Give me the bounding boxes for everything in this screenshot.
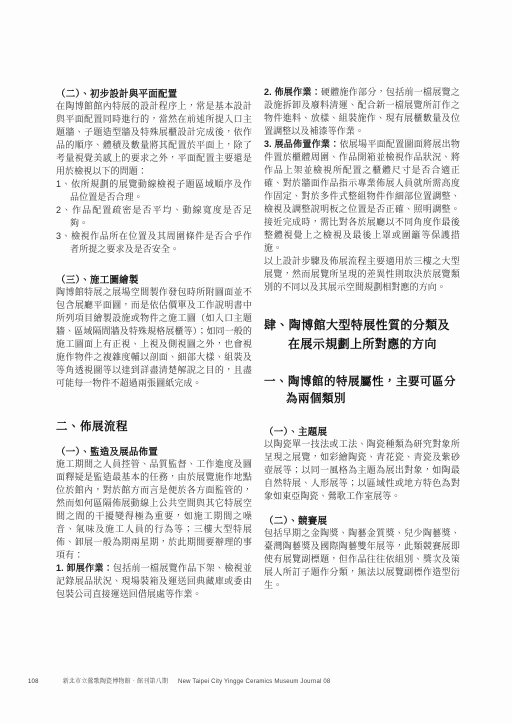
right-column: 2. 佈展作業：硬體施作部分，包括前一檔展覽之設施拆卸及廢料清運、配合新一檔展覽…	[264, 86, 460, 592]
checklist: 1、依所規劃的展覽動線檢視子題區域順序及作品位置是否合理。 2、作品配置疏密是否…	[56, 178, 252, 256]
checklist-item: 3、檢視作品所在位置及其周圍條件是否合乎作者所提之要求及是否安全。	[56, 230, 252, 256]
footer-page-number: 108	[28, 679, 39, 685]
paragraph-step1: 1. 卸展作業：包括前一檔展覽作品下架、檢視並記錄展品狀況、現場裝箱及運送回典藏…	[56, 562, 252, 601]
heading-theme-exhibition: （一）、主題展	[264, 424, 460, 438]
paragraph-construction-drawing: 陶博館特展之展場空間製作發包時所附圖面並不包含展廳平面圖，而是依估價單及工作說明…	[56, 286, 252, 390]
heading-section-4: 肆、陶博館大型特展性質的分類及在展示規劃上所對應的方向	[264, 316, 460, 354]
paragraph-theme-exhibition: 以陶瓷單一技法或工法、陶瓷種類為研究對象所呈現之展覽，如彩繪陶瓷、青花瓷、青瓷及…	[264, 438, 460, 503]
paragraph-step2: 2. 佈展作業：硬體施作部分，包括前一檔展覽之設施拆卸及廢料清運、配合新一檔展覽…	[264, 86, 460, 138]
paragraph-preliminary-design: 在陶博館館內特展的設計程序上，常是基本設計與平面配置同時進行的，當然在前述所提入…	[56, 100, 252, 178]
step3-text: 依展場平面配置圖面將展出物件置於櫃體周圍、作品開箱並檢視作品狀況、將作品上架並檢…	[264, 139, 460, 253]
heading-competition-exhibition: （二）、競賽展	[264, 513, 460, 527]
paragraph-supervision: 施工期間之人員控管、品質監督、工作進度及圖面釋疑是監造最基本的任務，由於展覽施作…	[56, 458, 252, 562]
paragraph-competition-exhibition: 包括早期之金陶獎、陶藝金質獎、兒少陶藝獎、臺灣陶藝獎及國際陶藝雙年展等，此類競賽…	[264, 527, 460, 592]
heading-preliminary-design: （二）、初步設計與平面配置	[56, 86, 252, 100]
left-column: （二）、初步設計與平面配置 在陶博館館內特展的設計程序上，常是基本設計與平面配置…	[56, 86, 252, 601]
paragraph-summary: 以上設計步驟及佈展流程主要適用於三樓之大型展覽，然而展覽所呈現的差異性則取決於展…	[264, 255, 460, 294]
heading-construction-drawing: （三）、施工圖繪製	[56, 272, 252, 286]
footer-journal-title-zh: 新北市立鶯歌陶瓷博物館‧館刊第八期	[63, 676, 168, 685]
paragraph-step3: 3. 展品佈置作業：依展場平面配置圖面將展出物件置於櫃體周圍、作品開箱並檢視作品…	[264, 138, 460, 255]
checklist-item: 2、作品配置疏密是否平均、動線寬度是否足夠。	[56, 204, 252, 230]
heading-exhibition-attributes: 一、陶博館的特展屬性，主要可區分為兩個類別	[264, 374, 460, 408]
step1-label: 1. 卸展作業：	[56, 563, 113, 573]
step2-label: 2. 佈展作業：	[264, 87, 321, 97]
step3-label: 3. 展品佈置作業：	[264, 139, 339, 149]
heading-installation-process: 二、佈展流程	[56, 418, 252, 434]
footer-journal-title-en: New Taipei City Yingge Ceramics Museum J…	[178, 679, 330, 685]
page-footer: 108 新北市立鶯歌陶瓷博物館‧館刊第八期 New Taipei City Yi…	[28, 676, 330, 685]
checklist-item: 1、依所規劃的展覽動線檢視子題區域順序及作品位置是否合理。	[56, 178, 252, 204]
heading-supervision: （一）、監造及展品佈置	[56, 444, 252, 458]
journal-page: （二）、初步設計與平面配置 在陶博館館內特展的設計程序上，常是基本設計與平面配置…	[0, 0, 512, 724]
